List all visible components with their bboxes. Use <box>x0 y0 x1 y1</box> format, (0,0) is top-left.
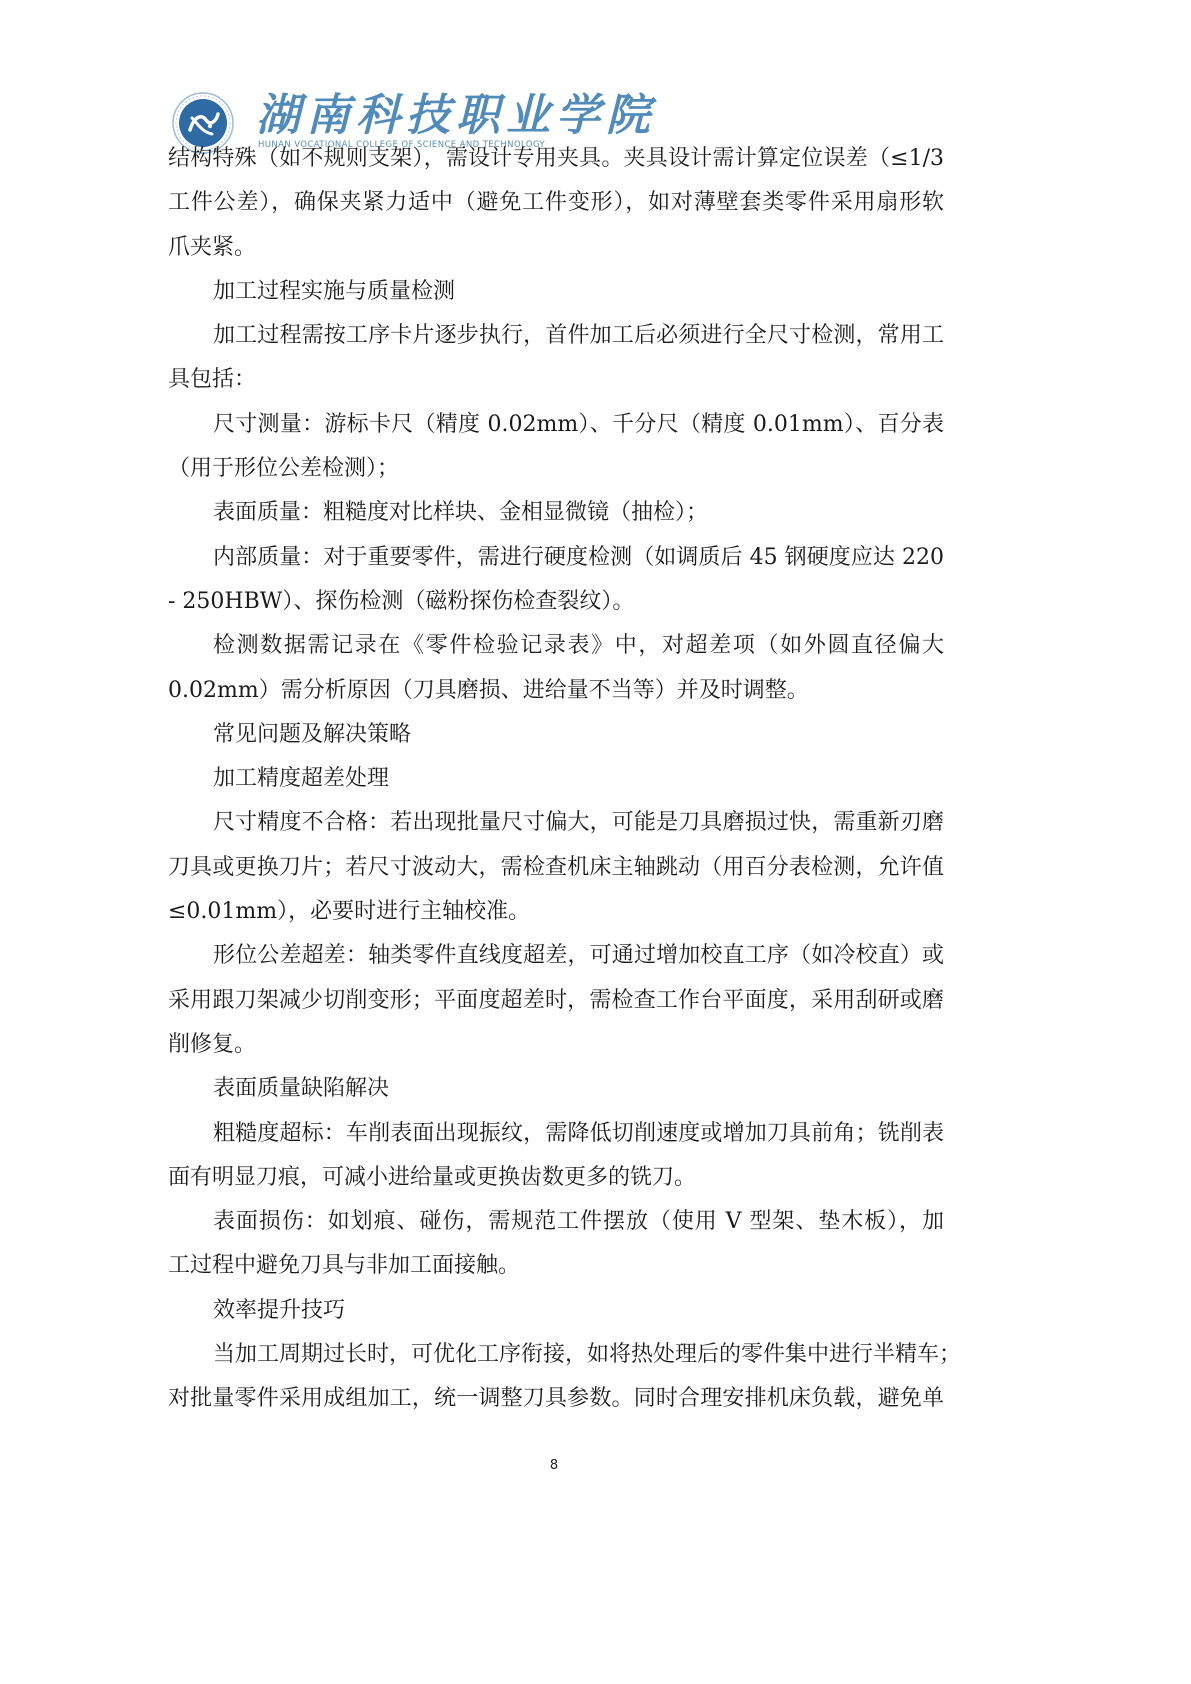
paragraph-roughness: 粗糙度超标：车削表面出现振纹，需降低切削速度或增加刀具前角；铣削表 面有明显刀痕… <box>168 1112 944 1201</box>
text-line: 爪夹紧。 <box>168 226 944 270</box>
text-line: 对批量零件采用成组加工，统一调整刀具参数。同时合理安排机床负载，避免单 <box>168 1377 944 1421</box>
text-line: 表面质量：粗糙度对比样块、金相显微镜（抽检）； <box>168 491 944 535</box>
text-line: 粗糙度超标：车削表面出现振纹，需降低切削速度或增加刀具前角；铣削表 <box>168 1112 944 1156</box>
subsection-heading: 加工精度超差处理 <box>168 757 944 801</box>
paragraph-internal-quality: 内部质量：对于重要零件，需进行硬度检测（如调质后 45 钢硬度应达 220 - … <box>168 536 944 625</box>
paragraph-inspection-records: 检测数据需记录在《零件检验记录表》中，对超差项（如外圆直径偏大 0.02mm）需… <box>168 624 944 713</box>
text-line: （用于形位公差检测）； <box>168 447 944 491</box>
heading-surface-defects: 表面质量缺陷解决 <box>168 1067 944 1111</box>
text-line: 结构特殊（如不规则支架），需设计专用夹具。夹具设计需计算定位误差（≤1/3 <box>168 137 944 181</box>
school-name-cn: 湖南科技职业学院 <box>256 88 656 144</box>
text-line: 加工过程需按工序卡片逐步执行，首件加工后必须进行全尺寸检测，常用工 <box>168 314 944 358</box>
paragraph-dimension-accuracy: 尺寸精度不合格：若出现批量尺寸偏大，可能是刀具磨损过快，需重新刃磨 刀具或更换刀… <box>168 801 944 934</box>
section-heading: 加工过程实施与质量检测 <box>168 270 944 314</box>
text-line: - 250HBW）、探伤检测（磁粉探伤检查裂纹）。 <box>168 580 944 624</box>
heading-precision-deviation: 加工精度超差处理 <box>168 757 944 801</box>
text-line: 内部质量：对于重要零件，需进行硬度检测（如调质后 45 钢硬度应达 220 <box>168 536 944 580</box>
text-line: 形位公差超差：轴类零件直线度超差，可通过增加校直工序（如冷校直）或 <box>168 934 944 978</box>
page-number: 8 <box>0 1458 1108 1473</box>
text-line: 具包括： <box>168 358 944 402</box>
paragraph-efficiency-tips: 当加工周期过长时，可优化工序衔接，如将热处理后的零件集中进行半精车； 对批量零件… <box>168 1333 944 1422</box>
text-line: 表面损伤：如划痕、碰伤，需规范工件摆放（使用 V 型架、垫木板），加 <box>168 1200 944 1244</box>
text-line: 工过程中避免刀具与非加工面接触。 <box>168 1244 944 1288</box>
heading-process-and-inspection: 加工过程实施与质量检测 <box>168 270 944 314</box>
paragraph-dimension-measurement: 尺寸测量：游标卡尺（精度 0.02mm）、千分尺（精度 0.01mm）、百分表 … <box>168 403 944 492</box>
text-line: 采用跟刀架减少切削变形；平面度超差时，需检查工作台平面度，采用刮研或磨 <box>168 979 944 1023</box>
heading-common-problems: 常见问题及解决策略 <box>168 713 944 757</box>
paragraph-form-position-tolerance: 形位公差超差：轴类零件直线度超差，可通过增加校直工序（如冷校直）或 采用跟刀架减… <box>168 934 944 1067</box>
text-line: 面有明显刀痕，可减小进给量或更换齿数更多的铣刀。 <box>168 1156 944 1200</box>
text-line: 削修复。 <box>168 1023 944 1067</box>
text-line: 尺寸精度不合格：若出现批量尺寸偏大，可能是刀具磨损过快，需重新刃磨 <box>168 801 944 845</box>
subsection-heading: 效率提升技巧 <box>168 1289 944 1333</box>
text-line: 刀具或更换刀片；若尺寸波动大，需检查机床主轴跳动（用百分表检测，允许值 <box>168 846 944 890</box>
paragraph-fixture-design: 结构特殊（如不规则支架），需设计专用夹具。夹具设计需计算定位误差（≤1/3 工件… <box>168 137 944 270</box>
paragraph-process-execution: 加工过程需按工序卡片逐步执行，首件加工后必须进行全尺寸检测，常用工 具包括： <box>168 314 944 403</box>
text-line: 当加工周期过长时，可优化工序衔接，如将热处理后的零件集中进行半精车； <box>168 1333 944 1377</box>
section-heading: 常见问题及解决策略 <box>168 713 944 757</box>
subsection-heading: 表面质量缺陷解决 <box>168 1067 944 1111</box>
paragraph-surface-quality: 表面质量：粗糙度对比样块、金相显微镜（抽检）； <box>168 491 944 535</box>
text-line: ≤0.01mm），必要时进行主轴校准。 <box>168 890 944 934</box>
text-line: 尺寸测量：游标卡尺（精度 0.02mm）、千分尺（精度 0.01mm）、百分表 <box>168 403 944 447</box>
paragraph-surface-damage: 表面损伤：如划痕、碰伤，需规范工件摆放（使用 V 型架、垫木板），加 工过程中避… <box>168 1200 944 1289</box>
text-line: 0.02mm）需分析原因（刀具磨损、进给量不当等）并及时调整。 <box>168 669 944 713</box>
heading-efficiency: 效率提升技巧 <box>168 1289 944 1333</box>
document-body: 结构特殊（如不规则支架），需设计专用夹具。夹具设计需计算定位误差（≤1/3 工件… <box>168 137 944 1422</box>
text-line: 检测数据需记录在《零件检验记录表》中，对超差项（如外圆直径偏大 <box>168 624 944 668</box>
text-line: 工件公差），确保夹紧力适中（避免工件变形），如对薄壁套类零件采用扇形软 <box>168 181 944 225</box>
